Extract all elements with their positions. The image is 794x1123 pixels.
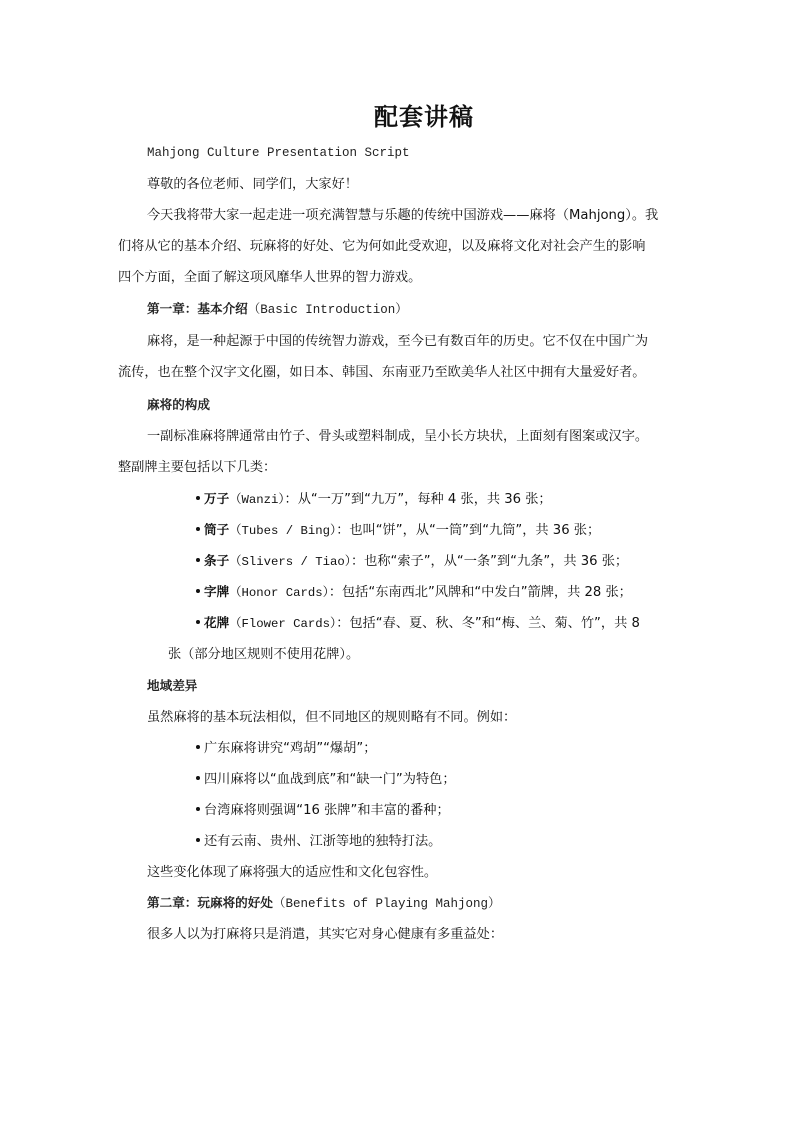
intro-line-3: 四个方面，全面了解这项风靡华人世界的智力游戏。	[118, 269, 421, 287]
chapter2-heading-cn: 第二章：玩麻将的好处	[147, 895, 273, 910]
greeting: 尊敬的各位老师、同学们，大家好！	[147, 176, 358, 194]
bullet-icon	[196, 620, 200, 624]
chapter1-heading-en: （Basic Introduction）	[248, 303, 408, 317]
regional-intro: 虽然麻将的基本玩法相似，但不同地区的规则略有不同。例如：	[147, 709, 516, 727]
chapter1-heading: 第一章：基本介绍（Basic Introduction）	[147, 300, 408, 319]
intro-line-2: 们将从它的基本介绍、玩麻将的好处、它为何如此受欢迎，以及麻将文化对社会产生的影响	[118, 238, 646, 256]
document-page: 配套讲稿 Mahjong Culture Presentation Script…	[0, 0, 794, 1123]
chapter2-intro: 很多人以为打麻将只是消遣，其实它对身心健康有多重益处：	[147, 926, 503, 944]
regional-item: 四川麻将以“血战到底”和“缺一门”为特色；	[196, 771, 456, 789]
regional-conclusion: 这些变化体现了麻将强大的适应性和文化包容性。	[147, 864, 437, 882]
composition-heading: 麻将的构成	[147, 396, 210, 414]
regional-item: 还有云南、贵州、江浙等地的独特打法。	[196, 833, 441, 851]
document-subtitle: Mahjong Culture Presentation Script	[147, 144, 410, 162]
bullet-icon	[196, 745, 200, 749]
tile-type-item: 字牌（Honor Cards）：包括“东南西北”风牌和“中发白”箭牌，共 28 …	[196, 583, 632, 602]
regional-item: 台湾麻将则强调“16 张牌”和丰富的番种；	[196, 802, 450, 820]
chapter1-heading-cn: 第一章：基本介绍	[147, 301, 248, 316]
bullet-icon	[196, 496, 200, 500]
tile-type-item: 条子（Slivers / Tiao）：也称“索子”，从“一条”到“九条”，共 3…	[196, 552, 628, 571]
chapter1-body-line-2: 流传，也在整个汉字文化圈，如日本、韩国、东南亚乃至欧美华人社区中拥有大量爱好者。	[118, 364, 646, 382]
regional-item: 广东麻将讲究“鸡胡”“爆胡”；	[196, 740, 376, 758]
bullet-icon	[196, 527, 200, 531]
tile-type-item: 万子（Wanzi）：从“一万”到“九万”，每种 4 张，共 36 张；	[196, 490, 552, 509]
bullet-icon	[196, 589, 200, 593]
bullet-icon	[196, 838, 200, 842]
bullet-icon	[196, 807, 200, 811]
regional-heading: 地域差异	[147, 677, 197, 695]
chapter2-heading: 第二章：玩麻将的好处（Benefits of Playing Mahjong）	[147, 894, 500, 913]
bullet-icon	[196, 776, 200, 780]
composition-body-line-2: 整副牌主要包括以下几类：	[118, 459, 276, 477]
flower-item-continuation: 张（部分地区规则不使用花牌）。	[168, 646, 359, 664]
intro-line-1: 今天我将带大家一起走进一项充满智慧与乐趣的传统中国游戏——麻将（Mahjong）…	[147, 207, 658, 225]
tile-type-item: 花牌（Flower Cards）：包括“春、夏、秋、冬”和“梅、兰、菊、竹”，共…	[196, 614, 640, 633]
chapter2-heading-en: （Benefits of Playing Mahjong）	[273, 897, 501, 911]
composition-body-line-1: 一副标准麻将牌通常由竹子、骨头或塑料制成，呈小长方块状，上面刻有图案或汉字。	[147, 428, 648, 446]
bullet-icon	[196, 558, 200, 562]
tile-type-item: 筒子（Tubes / Bing）：也叫“饼”，从“一筒”到“九筒”，共 36 张…	[196, 521, 600, 540]
chapter1-body-line-1: 麻将，是一种起源于中国的传统智力游戏，至今已有数百年的历史。它不仅在中国广为	[147, 333, 648, 351]
document-title: 配套讲稿	[0, 101, 794, 133]
